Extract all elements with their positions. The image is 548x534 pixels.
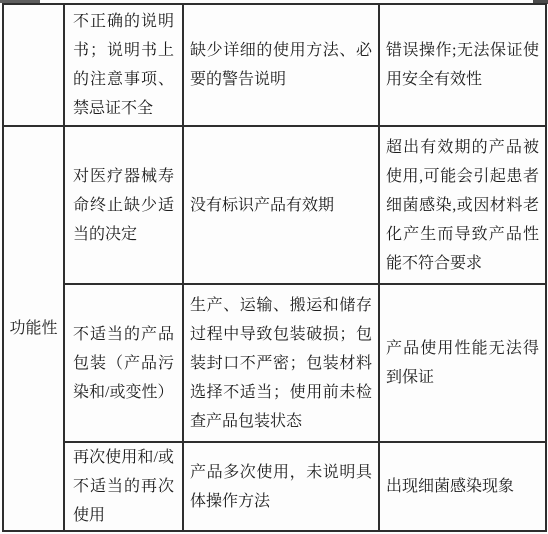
cell-category-empty: [3, 4, 64, 126]
cell-harm-2: 超出有效期的产品被使用,可能会引起患者细菌感染,或因材料老化产生而导致产品性能不…: [379, 126, 546, 284]
cell-category-functional: 功能性: [3, 126, 64, 531]
cell-event-3: 生产、运输、搬运和储存过程中导致包装破损；包装封口不严密；包装材料选择不适当；使…: [183, 284, 379, 442]
cell-harm-3: 产品使用性能无法得到保证: [379, 284, 546, 442]
cell-event-2: 没有标识产品有效期: [183, 126, 379, 284]
table-row: 不正确的说明书；说明书上的注意事项、禁忌证不全 缺少详细的使用方法、必要的警告说…: [3, 4, 546, 126]
cell-hazard-2: 对医疗器械寿命终止缺少适当的决定: [64, 126, 183, 284]
table-row: 功能性 对医疗器械寿命终止缺少适当的决定 没有标识产品有效期 超出有效期的产品被…: [3, 126, 546, 284]
cell-event-4: 产品多次使用，未说明具体操作方法: [183, 442, 379, 531]
table-row: 不适当的产品包装（产品污染和/或变性） 生产、运输、搬运和储存过程中导致包装破损…: [3, 284, 546, 442]
document-page: 不正确的说明书；说明书上的注意事项、禁忌证不全 缺少详细的使用方法、必要的警告说…: [0, 0, 548, 534]
cell-hazard-4: 再次使用和/或不适当的再次使用: [64, 442, 183, 531]
table-row: 再次使用和/或不适当的再次使用 产品多次使用，未说明具体操作方法 出现细菌感染现…: [3, 442, 546, 531]
risk-analysis-table: 不正确的说明书；说明书上的注意事项、禁忌证不全 缺少详细的使用方法、必要的警告说…: [2, 3, 547, 532]
cell-hazard-3: 不适当的产品包装（产品污染和/或变性）: [64, 284, 183, 442]
cell-harm-1: 错误操作;无法保证使用安全有效性: [379, 4, 546, 126]
cell-harm-4: 出现细菌感染现象: [379, 442, 546, 531]
cell-hazard-1: 不正确的说明书；说明书上的注意事项、禁忌证不全: [64, 4, 183, 126]
cell-event-1: 缺少详细的使用方法、必要的警告说明: [183, 4, 379, 126]
